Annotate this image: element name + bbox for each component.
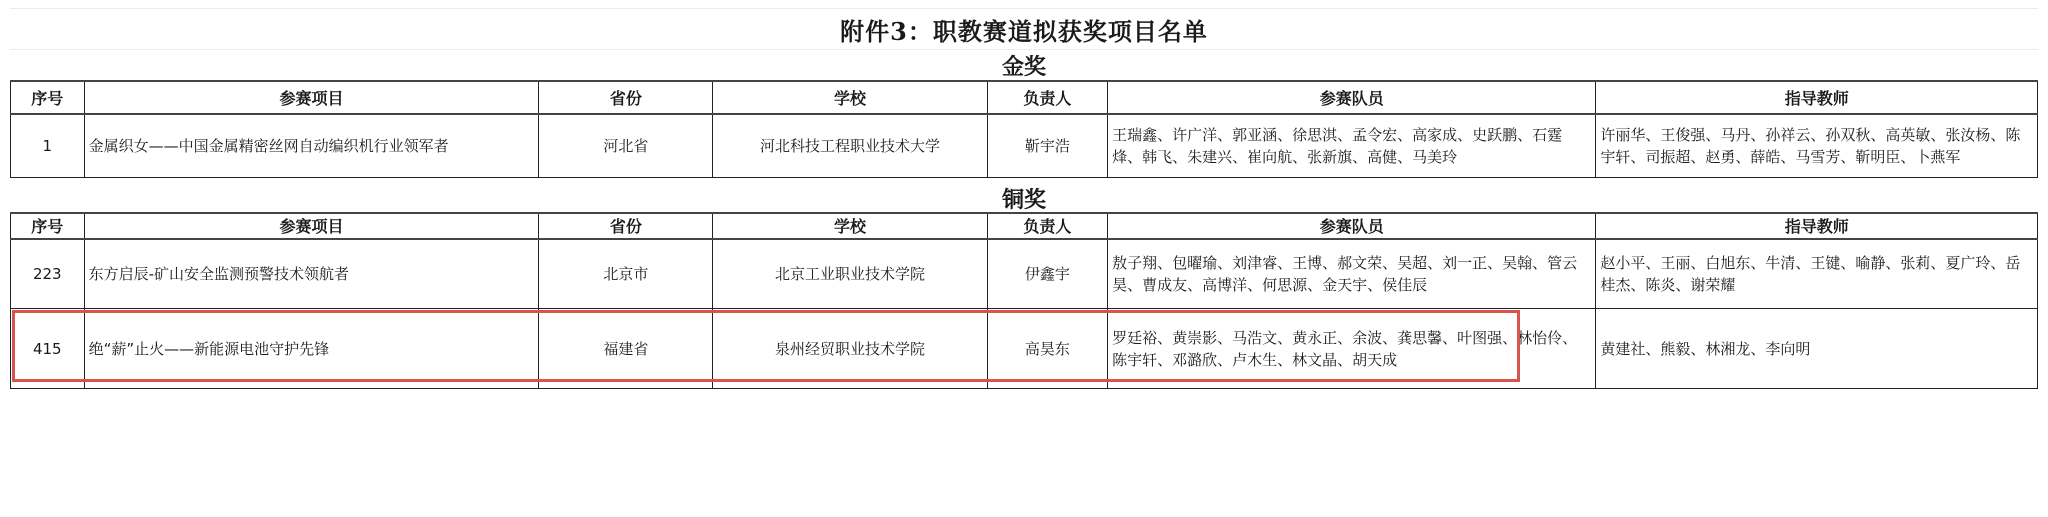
cell-advisors: 许丽华、王俊强、马丹、孙祥云、孙双秋、高英敏、张汝杨、陈宇轩、司振超、赵勇、薛皓… [1596,114,2038,177]
col-header-leader: 负责人 [987,81,1107,114]
col-header-project: 参赛项目 [84,213,539,239]
document-title: 附件3：职教赛道拟获奖项目名单 [10,8,2038,50]
cell-project: 金属织女——中国金属精密丝网自动编织机行业领军者 [84,114,539,177]
section-title-bronze: 铜奖 [10,186,2038,212]
cell-no: 415 [11,309,85,389]
col-header-province: 省份 [539,213,713,239]
table-row-highlighted: 415 绝“薪”止火——新能源电池守护先锋 福建省 泉州经贸职业技术学院 高昊东… [11,309,2038,389]
cell-project: 东方启辰-矿山安全监测预警技术领航者 [84,239,539,309]
col-header-members: 参赛队员 [1108,213,1596,239]
cell-advisors: 黄建社、熊毅、林湘龙、李向明 [1596,309,2038,389]
cell-school: 河北科技工程职业技术大学 [713,114,987,177]
award-list-sheet: 附件3：职教赛道拟获奖项目名单 金奖 序号 参赛项目 省份 学校 负责人 参赛队… [10,8,2038,389]
col-header-province: 省份 [539,81,713,114]
col-header-no: 序号 [11,81,85,114]
cell-members: 王瑞鑫、许广洋、郭亚涵、徐思淇、孟令宏、高家成、史跃鹏、石霆烽、韩飞、朱建兴、崔… [1108,114,1596,177]
cell-no: 223 [11,239,85,309]
table-row: 1 金属织女——中国金属精密丝网自动编织机行业领军者 河北省 河北科技工程职业技… [11,114,2038,177]
cell-project: 绝“薪”止火——新能源电池守护先锋 [84,309,539,389]
col-header-school: 学校 [713,213,987,239]
table-row: 223 东方启辰-矿山安全监测预警技术领航者 北京市 北京工业职业技术学院 伊鑫… [11,239,2038,309]
cell-school: 泉州经贸职业技术学院 [713,309,987,389]
col-header-no: 序号 [11,213,85,239]
cell-no: 1 [11,114,85,177]
bronze-award-table: 序号 参赛项目 省份 学校 负责人 参赛队员 指导教师 223 东方启辰-矿山安… [10,212,2038,390]
cell-advisors: 赵小平、王丽、白旭东、牛清、王键、喻静、张莉、夏广玲、岳桂杰、陈炎、谢荣耀 [1596,239,2038,309]
cell-school: 北京工业职业技术学院 [713,239,987,309]
col-header-school: 学校 [713,81,987,114]
cell-province: 北京市 [539,239,713,309]
cell-leader: 高昊东 [987,309,1107,389]
col-header-advisors: 指导教师 [1596,81,2038,114]
table-header-row: 序号 参赛项目 省份 学校 负责人 参赛队员 指导教师 [11,81,2038,114]
col-header-advisors: 指导教师 [1596,213,2038,239]
col-header-project: 参赛项目 [84,81,539,114]
cell-members: 敖子翔、包曜瑜、刘津睿、王博、郝文荣、吴超、刘一正、吴翰、管云昊、曹成友、高博洋… [1108,239,1596,309]
cell-province: 福建省 [539,309,713,389]
cell-leader: 靳宇浩 [987,114,1107,177]
cell-province: 河北省 [539,114,713,177]
section-title-gold: 金奖 [10,50,2038,80]
col-header-members: 参赛队员 [1108,81,1596,114]
col-header-leader: 负责人 [987,213,1107,239]
gold-award-table: 序号 参赛项目 省份 学校 负责人 参赛队员 指导教师 1 金属织女——中国金属… [10,80,2038,178]
cell-members: 罗廷裕、黄崇影、马浩文、黄永正、余波、龚思馨、叶图强、林怡伶、陈宇轩、邓潞欣、卢… [1108,309,1596,389]
cell-leader: 伊鑫宇 [987,239,1107,309]
table-header-row: 序号 参赛项目 省份 学校 负责人 参赛队员 指导教师 [11,213,2038,239]
